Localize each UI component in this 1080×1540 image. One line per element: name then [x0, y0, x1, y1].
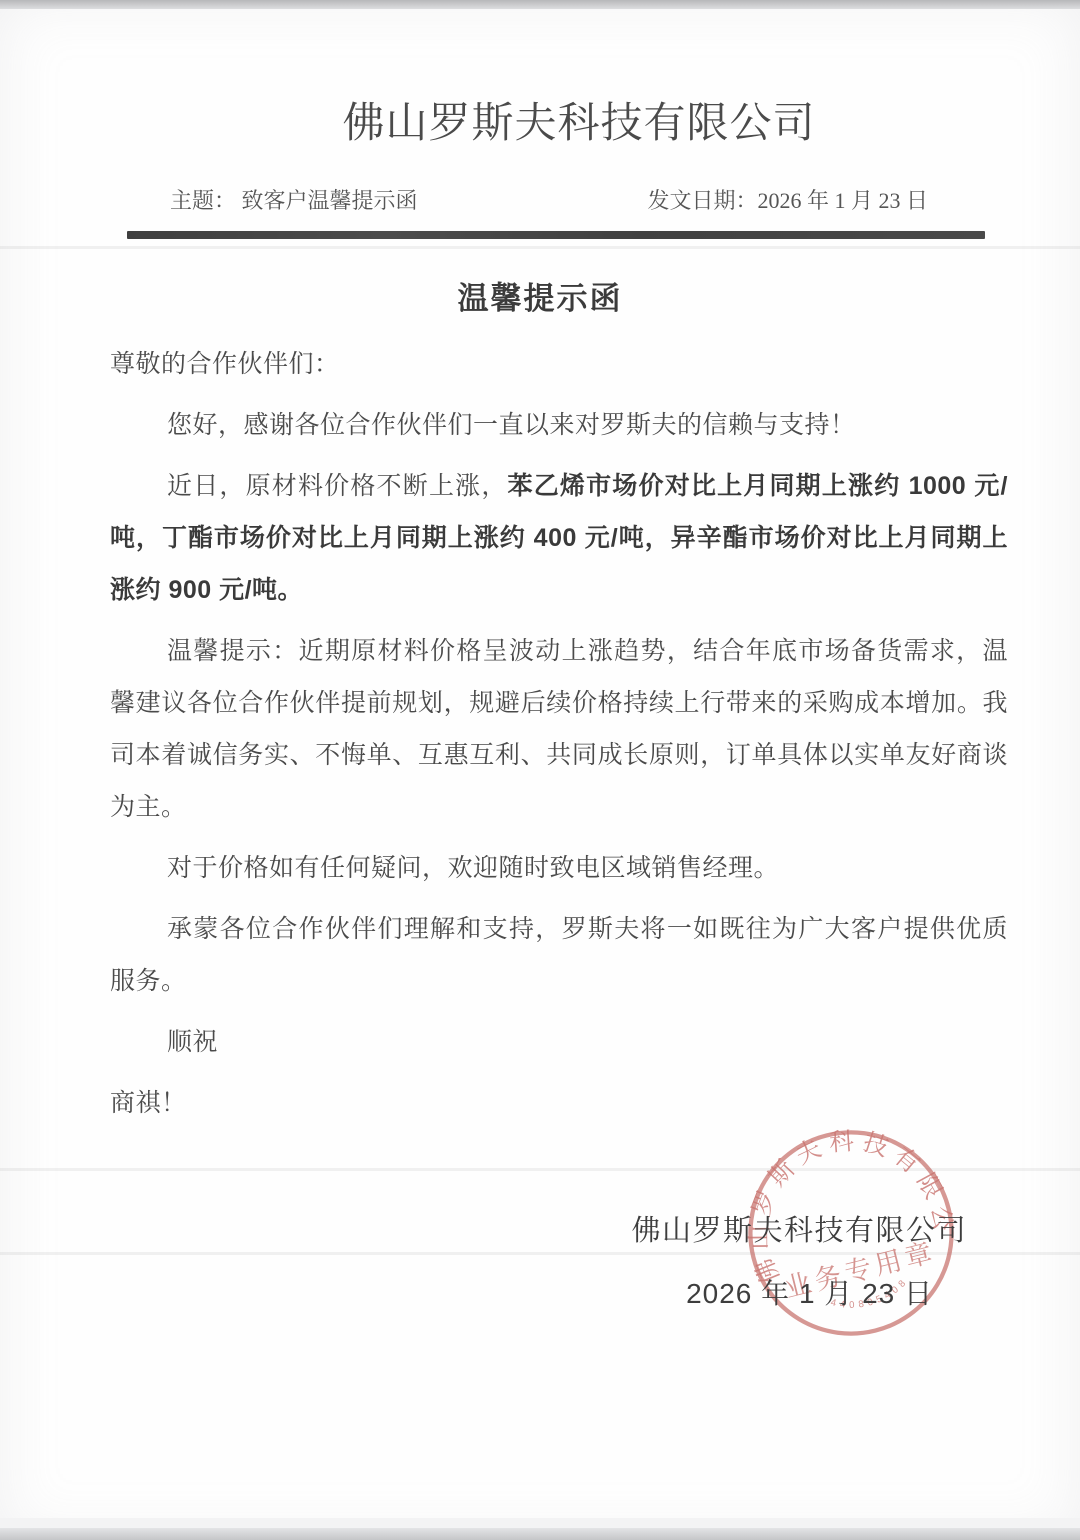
paragraph-reminder: 温馨提示：近期原材料价格呈波动上涨趋势，结合年底市场备货需求，温馨建议各位合作伙… — [110, 625, 1008, 833]
price-intro-text: 近日，原材料价格不断上涨， — [167, 472, 508, 500]
signature-date: 2026 年 1 月 23 日 — [686, 1272, 933, 1312]
letter-title: 温馨提示函 — [0, 273, 1080, 318]
paragraph-contact: 对于价格如有任何疑问，欢迎随时致电区域销售经理。 — [110, 842, 1008, 894]
issue-date-line: 发文日期：2026 年 1 月 23 日 — [647, 184, 928, 215]
photo-edge-bottom-soft — [0, 1518, 1080, 1528]
closing-wish: 商祺！ — [110, 1077, 1008, 1129]
letterhead-meta-row: 主题： 致客户温馨提示函 发文日期：2026 年 1 月 23 日 — [170, 184, 928, 215]
paragraph-thanks: 承蒙各位合作伙伴们理解和支持，罗斯夫将一如既往为广大客户提供优质服务。 — [110, 903, 1008, 1007]
letter-page: 佛山罗斯夫科技有限公司 主题： 致客户温馨提示函 发文日期：2026 年 1 月… — [0, 0, 1080, 1540]
closing-wish-lead: 顺祝 — [110, 1016, 1008, 1068]
photo-edge-bottom — [0, 1528, 1080, 1540]
photo-streak — [0, 246, 1080, 249]
letterhead-divider — [127, 231, 985, 239]
salutation: 尊敬的合作伙伴们： — [110, 338, 1008, 390]
letterhead-company-name: 佛山罗斯夫科技有限公司 — [0, 0, 1080, 150]
signature-company-name: 佛山罗斯夫科技有限公司 — [631, 1208, 967, 1249]
subject-line: 主题： 致客户温馨提示函 — [170, 184, 418, 215]
paragraph-price-notice: 近日，原材料价格不断上涨，苯乙烯市场价对比上月同期上涨约 1000 元/吨，丁酯… — [110, 460, 1008, 616]
paragraph-greeting: 您好，感谢各位合作伙伴们一直以来对罗斯夫的信赖与支持！ — [110, 399, 1008, 451]
photo-edge-top — [0, 0, 1080, 9]
letter-body: 尊敬的合作伙伴们： 您好，感谢各位合作伙伴们一直以来对罗斯夫的信赖与支持！ 近日… — [110, 338, 1008, 1129]
